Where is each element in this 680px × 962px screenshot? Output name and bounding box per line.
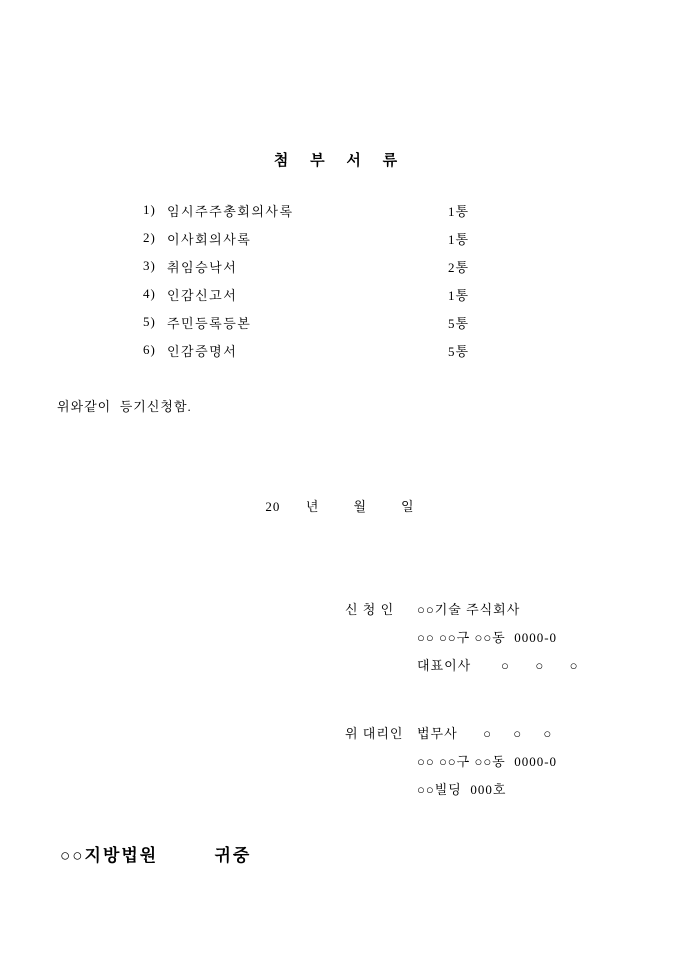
attachment-row: 2) 이사회의사록 1통 [143,224,469,252]
attachment-label: 인감증명서 [167,341,237,360]
deputy-address-line: ○○ ○○구 ○○동 0000-0 [345,746,557,774]
date-line: 20 년 월 일 [0,496,680,515]
registration-statement: 위와같이 등기신청함. [57,396,192,415]
attachment-count: 5통 [448,313,469,332]
document-page: 첨 부 서 류 1) 임시주주총회의사록 1통 2) 이사회의사록 1통 3) … [0,0,680,962]
attachment-row: 1) 임시주주총회의사록 1통 [143,196,469,224]
applicant-label: 신 청 인 [345,599,417,618]
attachment-number: 6) [143,342,167,358]
attachment-label: 임시주주총회의사록 [167,201,294,220]
attachment-number: 2) [143,230,167,246]
attachment-label: 인감신고서 [167,285,237,304]
applicant-address-line: ○○ ○○구 ○○동 0000-0 [345,622,579,650]
attachment-list: 1) 임시주주총회의사록 1통 2) 이사회의사록 1통 3) 취임승낙서 2통… [143,196,469,364]
attachment-row: 5) 주민등록등본 5통 [143,308,469,336]
applicant-block: 신 청 인 ○○기술 주식회사 ○○ ○○구 ○○동 0000-0 대표이사 ○… [345,594,579,678]
court-honorific: 귀중 [214,846,251,865]
deputy-building: ○○빌딩 000호 [417,779,506,798]
attachment-number: 1) [143,202,167,218]
applicant-company-name: ○○기술 주식회사 [417,599,520,618]
deputy-name-line: 위 대리인 법무사 ○ ○ ○ [345,718,557,746]
applicant-representative: 대표이사 ○ ○ ○ [417,655,579,674]
deputy-address: ○○ ○○구 ○○동 0000-0 [417,751,557,770]
attachment-count: 2통 [448,257,469,276]
attachment-count: 5통 [448,341,469,360]
deputy-block: 위 대리인 법무사 ○ ○ ○ ○○ ○○구 ○○동 0000-0 ○○빌딩 0… [345,718,557,802]
document-title: 첨 부 서 류 [0,149,680,170]
attachment-count: 1통 [448,285,469,304]
applicant-representative-line: 대표이사 ○ ○ ○ [345,650,579,678]
attachment-count: 1통 [448,201,469,220]
applicant-name-line: 신 청 인 ○○기술 주식회사 [345,594,579,622]
deputy-label: 위 대리인 [345,723,417,742]
attachment-count: 1통 [448,229,469,248]
deputy-building-line: ○○빌딩 000호 [345,774,557,802]
attachment-label: 취임승낙서 [167,257,237,276]
attachment-row: 6) 인감증명서 5통 [143,336,469,364]
attachment-label: 주민등록등본 [167,313,251,332]
attachment-number: 5) [143,314,167,330]
deputy-name: 법무사 ○ ○ ○ [417,723,552,742]
attachment-number: 4) [143,286,167,302]
attachment-number: 3) [143,258,167,274]
attachment-row: 3) 취임승낙서 2통 [143,252,469,280]
applicant-address: ○○ ○○구 ○○동 0000-0 [417,627,557,646]
court-line: ○○지방법원 귀중 [60,841,251,866]
attachment-label: 이사회의사록 [167,229,251,248]
court-name: ○○지방법원 [60,846,158,865]
attachment-row: 4) 인감신고서 1통 [143,280,469,308]
